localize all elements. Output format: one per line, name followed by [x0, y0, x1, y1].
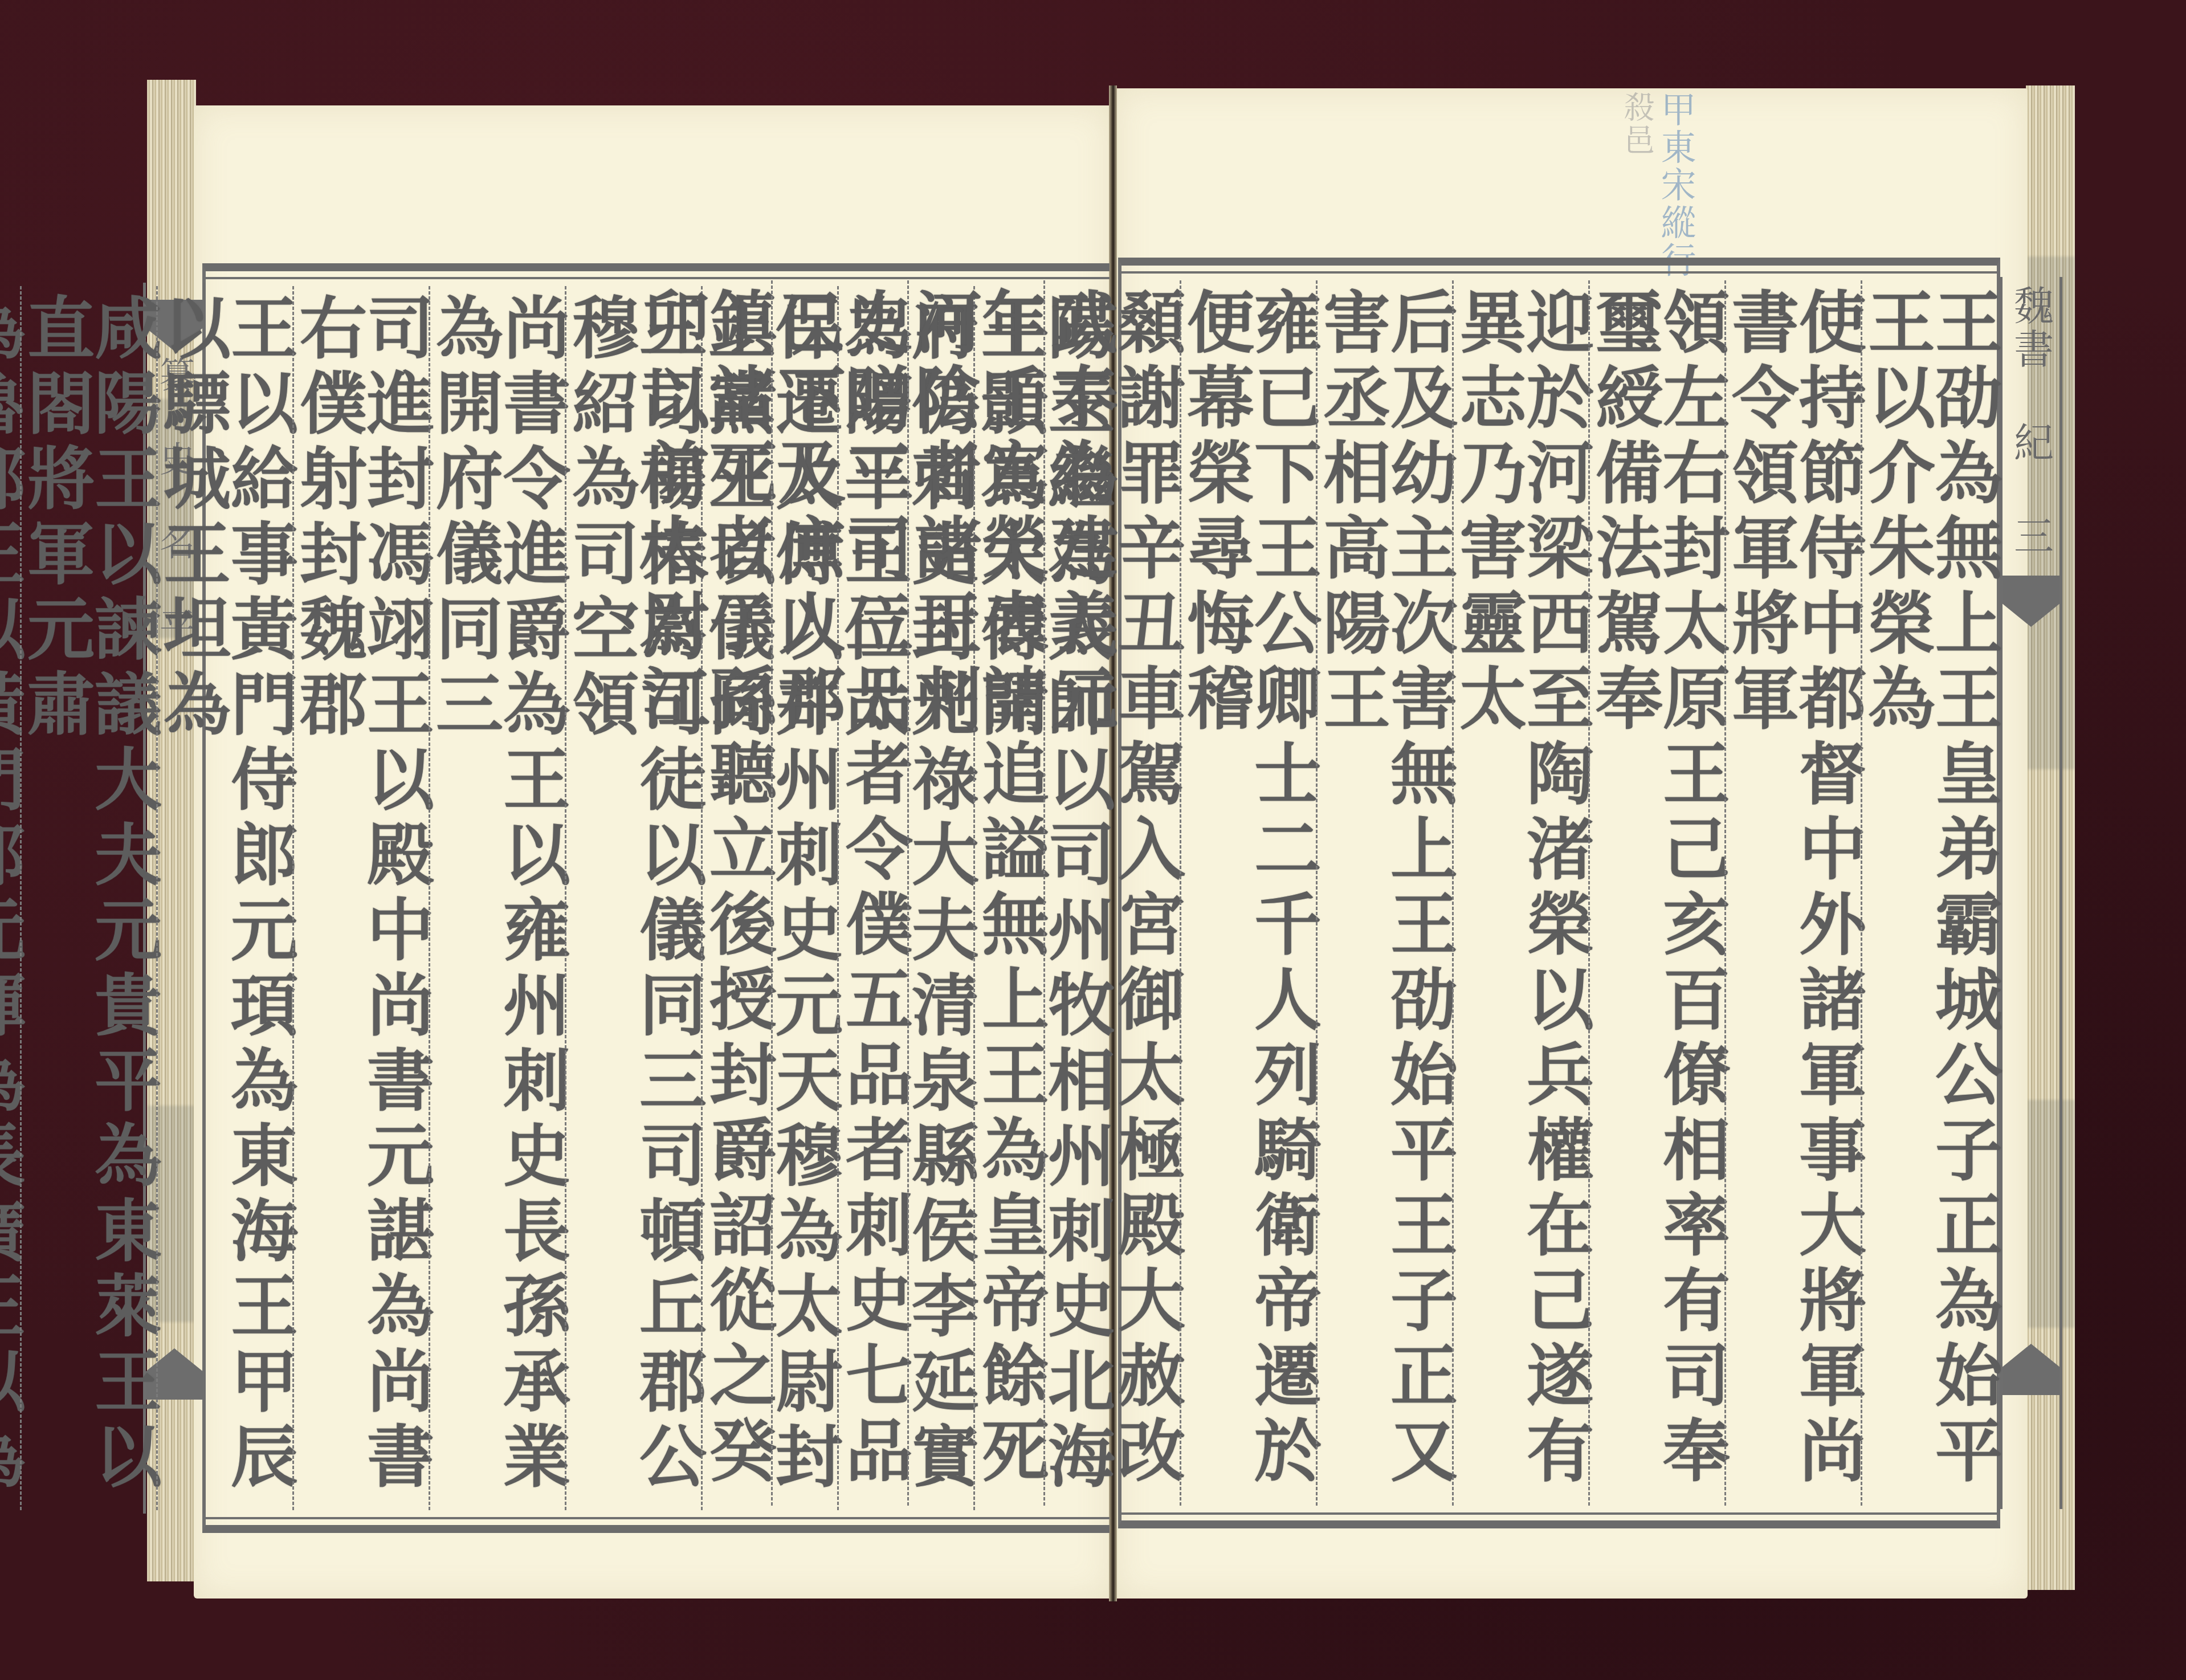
seal-line-2: 殺邑: [1621, 91, 1652, 279]
text-column: 迎於河梁西至陶渚榮以兵權在己遂有異志乃害靈太: [1452, 280, 1588, 1506]
right-text-frame: 魏書 紀 三 王劭為無上王皇弟霸城公子正為始平王以介朱榮為 使持節侍中都督中外諸…: [1118, 258, 2000, 1528]
collector-seal: 甲東宋縱行 殺邑: [1621, 91, 1693, 279]
right-columns: 王劭為無上王皇弟霸城公子正為始平王以介朱榮為 使持節侍中都督中外諸軍事大將軍尚書…: [1121, 280, 1997, 1506]
text-column: 顙謝罪辛丑車駕入宮御太極殿大赦改武泰為建義元: [1043, 280, 1180, 1506]
text-column: 王以給事黃門侍郎元頊為東海王甲辰以驃城王坦為: [156, 286, 292, 1510]
text-column: 鎮諸死者子孫聽立後授封爵詔從之癸卯以前太尉江: [637, 280, 771, 1506]
fishtail-mark-bottom: [2003, 1344, 2059, 1395]
fishtail-mark-top: [2003, 576, 2059, 627]
text-column: 史贈三司三品者令僕五品者刺史七品已下及庶人郡: [771, 280, 907, 1506]
text-column: 使持節侍中都督中外諸軍事大將軍尚書令領軍將軍: [1724, 280, 1861, 1506]
text-column: 尚書令進爵為王以雍州刺史長孫承業為開府儀同三: [429, 286, 565, 1510]
text-column: 王劭為無上王皇弟霸城公子正為始平王以介朱榮為: [1861, 280, 1997, 1506]
seal-line-1: 甲東宋縱行: [1658, 91, 1693, 279]
right-margin-label: 魏書 紀 三: [2003, 285, 2060, 558]
text-column: 咸陽王以諫議大夫元貴平為東萊王以直閤將軍元肅: [20, 286, 156, 1510]
text-column: 司進封馮翊王以殿中尚書元諶為尚書右僕射封魏郡: [292, 286, 429, 1510]
book-spread: 甲東宋縱行 殺邑 纂 史 名 平 陽王繼為太師以司州牧相州刺史北海王顥為太傅開 …: [0, 0, 2186, 1680]
text-column: 雍已下王公卿士二千人列騎衛帝遷於便幕榮尋悔稽: [1180, 280, 1316, 1506]
text-column: 年壬寅榮表請追謚無上王為皇帝餘死河陰者諸王刺: [907, 280, 1043, 1506]
text-column: 后及幼主次害無上王劭始平王子正又害丞相高陽王: [1316, 280, 1452, 1506]
right-banxin: 魏書 紀 三: [2000, 277, 2062, 1509]
text-column: 領左右封太原王己亥百僚相率有司奉璽綬備法駕奉: [1588, 280, 1724, 1506]
